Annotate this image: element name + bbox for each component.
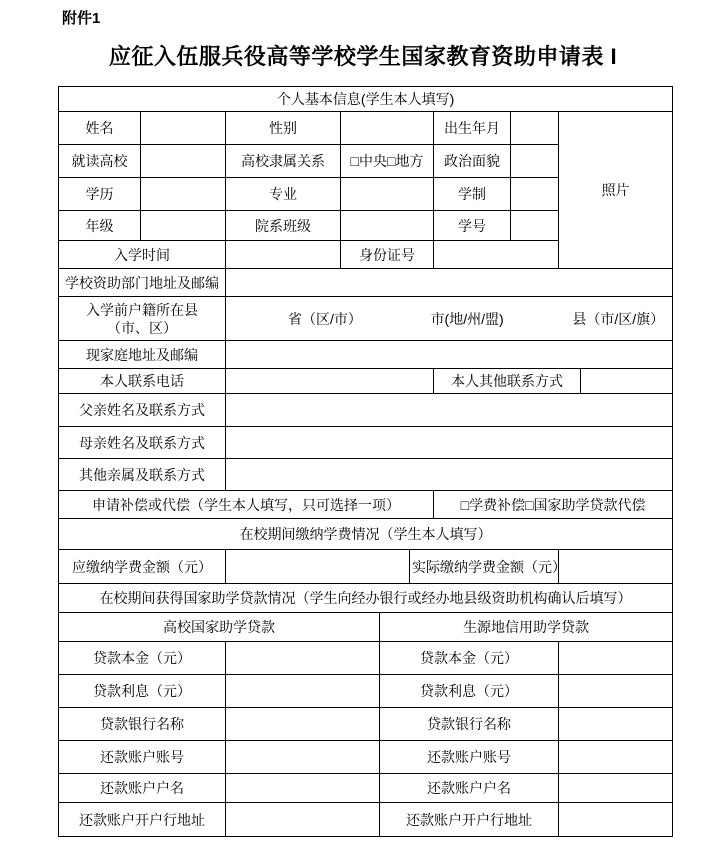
school-aid-address-value-cell[interactable] xyxy=(226,269,673,297)
tuition-paid-label: 实际缴纳学费金额（元） xyxy=(410,550,559,584)
origin-loan-header: 生源地信用助学贷款 xyxy=(380,613,673,642)
phone-label: 本人联系电话 xyxy=(59,369,226,394)
hukou-province-label: 省（区/市） xyxy=(288,309,362,329)
table-row: 姓名 性别 出生年月 照片 xyxy=(59,112,673,145)
grade-value-cell[interactable] xyxy=(141,211,226,241)
mother-contact-value-cell[interactable] xyxy=(226,427,673,459)
political-status-label: 政治面貌 xyxy=(434,145,511,178)
campus-repay-account-name-label: 还款账户户名 xyxy=(59,774,226,803)
other-contact-label: 本人其他联系方式 xyxy=(434,369,581,394)
major-label: 专业 xyxy=(226,178,341,211)
birth-date-value-cell[interactable] xyxy=(511,112,559,145)
campus-loan-interest-label: 贷款利息（元） xyxy=(59,675,226,708)
birth-date-label: 出生年月 xyxy=(434,112,511,145)
table-row: 学校资助部门地址及邮编 xyxy=(59,269,673,297)
major-value-cell[interactable] xyxy=(341,178,434,211)
table-row: 本人联系电话 本人其他联系方式 xyxy=(59,369,673,394)
hukou-value-cell[interactable]: 省（区/市） 市(地/州/盟) 县（市/区/旗） xyxy=(226,297,673,341)
id-number-label: 身份证号 xyxy=(341,241,434,269)
campus-repay-account-number-label: 还款账户账号 xyxy=(59,741,226,774)
hukou-county-label: 入学前户籍所在县 （市、区） xyxy=(59,297,226,341)
section-tuition-row: 在校期间缴纳学费情况（学生本人填写） xyxy=(59,519,673,550)
campus-loan-bank-label: 贷款银行名称 xyxy=(59,708,226,741)
tuition-payable-label: 应缴纳学费金额（元） xyxy=(59,550,226,584)
photo-cell: 照片 xyxy=(559,112,673,269)
origin-loan-bank-value-cell[interactable] xyxy=(559,708,673,741)
home-address-value-cell[interactable] xyxy=(226,341,673,369)
origin-loan-bank-label: 贷款银行名称 xyxy=(380,708,559,741)
tuition-paid-value-cell[interactable] xyxy=(559,550,673,584)
class-label: 院系班级 xyxy=(226,211,341,241)
hukou-city-label: 市(地/州/盟) xyxy=(431,309,504,329)
document-page: 附件1 应征入伍服兵役高等学校学生国家教育资助申请表 I 个人基本信息(学生本人… xyxy=(0,0,726,841)
enroll-date-value-cell[interactable] xyxy=(226,241,341,269)
campus-repay-account-name-value-cell[interactable] xyxy=(226,774,380,803)
hukou-county-label-line1: 入学前户籍所在县 xyxy=(61,301,223,319)
other-contact-value-cell[interactable] xyxy=(581,369,673,394)
origin-repay-account-number-label: 还款账户账号 xyxy=(380,741,559,774)
gender-value-cell[interactable] xyxy=(341,112,434,145)
section-basic-info-header: 个人基本信息(学生本人填写) xyxy=(59,87,673,112)
table-row: 高校国家助学贷款 生源地信用助学贷款 xyxy=(59,613,673,642)
application-form-table: 个人基本信息(学生本人填写) 姓名 性别 出生年月 照片 就读高校 高校隶属关系… xyxy=(58,86,673,837)
name-value-cell[interactable] xyxy=(141,112,226,145)
mother-contact-label: 母亲姓名及联系方式 xyxy=(59,427,226,459)
origin-repay-account-name-label: 还款账户户名 xyxy=(380,774,559,803)
compensation-choice-checkboxes[interactable]: □学费补偿□国家助学贷款代偿 xyxy=(434,491,673,519)
tuition-payable-value-cell[interactable] xyxy=(226,550,410,584)
compensation-choice-label: 申请补偿或代偿（学生本人填写，只可选择一项） xyxy=(59,491,434,519)
affiliation-label: 高校隶属关系 xyxy=(226,145,341,178)
section-tuition-header: 在校期间缴纳学费情况（学生本人填写） xyxy=(59,519,673,550)
table-row: 父亲姓名及联系方式 xyxy=(59,394,673,427)
section-loan-header: 在校期间获得国家助学贷款情况（学生向经办银行或经办地县级资助机构确认后填写） xyxy=(59,584,673,613)
origin-loan-principal-label: 贷款本金（元） xyxy=(380,642,559,675)
table-row: 贷款本金（元） 贷款本金（元） xyxy=(59,642,673,675)
table-row: 还款账户户名 还款账户户名 xyxy=(59,774,673,803)
origin-repay-account-number-value-cell[interactable] xyxy=(559,741,673,774)
origin-repay-account-name-value-cell[interactable] xyxy=(559,774,673,803)
campus-loan-header: 高校国家助学贷款 xyxy=(59,613,380,642)
origin-repay-bank-address-label: 还款账户开户行地址 xyxy=(380,803,559,837)
hukou-county-suffix-label: 县（市/区/旗） xyxy=(572,309,664,329)
form-title: 应征入伍服兵役高等学校学生国家教育资助申请表 I xyxy=(0,44,726,70)
campus-repay-account-number-value-cell[interactable] xyxy=(226,741,380,774)
origin-repay-bank-address-value-cell[interactable] xyxy=(559,803,673,837)
table-row: 现家庭地址及邮编 xyxy=(59,341,673,369)
origin-loan-interest-value-cell[interactable] xyxy=(559,675,673,708)
section-loan-row: 在校期间获得国家助学贷款情况（学生向经办银行或经办地县级资助机构确认后填写） xyxy=(59,584,673,613)
duration-value-cell[interactable] xyxy=(511,178,559,211)
student-id-label: 学号 xyxy=(434,211,511,241)
campus-loan-interest-value-cell[interactable] xyxy=(226,675,380,708)
political-status-value-cell[interactable] xyxy=(511,145,559,178)
campus-loan-bank-value-cell[interactable] xyxy=(226,708,380,741)
relative-contact-value-cell[interactable] xyxy=(226,459,673,491)
home-address-label: 现家庭地址及邮编 xyxy=(59,341,226,369)
duration-label: 学制 xyxy=(434,178,511,211)
degree-value-cell[interactable] xyxy=(141,178,226,211)
hukou-county-label-line2: （市、区） xyxy=(61,319,223,337)
university-label: 就读高校 xyxy=(59,145,141,178)
table-row: 还款账户开户行地址 还款账户开户行地址 xyxy=(59,803,673,837)
class-value-cell[interactable] xyxy=(341,211,434,241)
campus-repay-bank-address-label: 还款账户开户行地址 xyxy=(59,803,226,837)
affiliation-checkboxes[interactable]: □中央□地方 xyxy=(341,145,434,178)
attachment-label: 附件1 xyxy=(62,9,726,28)
degree-label: 学历 xyxy=(59,178,141,211)
table-row: 贷款银行名称 贷款银行名称 xyxy=(59,708,673,741)
enroll-date-label: 入学时间 xyxy=(59,241,226,269)
table-row: 其他亲属及联系方式 xyxy=(59,459,673,491)
origin-loan-principal-value-cell[interactable] xyxy=(559,642,673,675)
student-id-value-cell[interactable] xyxy=(511,211,559,241)
id-number-value-cell[interactable] xyxy=(434,241,559,269)
section-basic-info-row: 个人基本信息(学生本人填写) xyxy=(59,87,673,112)
table-row: 还款账户账号 还款账户账号 xyxy=(59,741,673,774)
campus-loan-principal-value-cell[interactable] xyxy=(226,642,380,675)
table-row: 入学前户籍所在县 （市、区） 省（区/市） 市(地/州/盟) 县（市/区/旗） xyxy=(59,297,673,341)
campus-loan-principal-label: 贷款本金（元） xyxy=(59,642,226,675)
relative-contact-label: 其他亲属及联系方式 xyxy=(59,459,226,491)
name-label: 姓名 xyxy=(59,112,141,145)
origin-loan-interest-label: 贷款利息（元） xyxy=(380,675,559,708)
phone-value-cell[interactable] xyxy=(226,369,434,394)
table-row: 母亲姓名及联系方式 xyxy=(59,427,673,459)
gender-label: 性别 xyxy=(226,112,341,145)
table-row: 贷款利息（元） 贷款利息（元） xyxy=(59,675,673,708)
father-contact-label: 父亲姓名及联系方式 xyxy=(59,394,226,427)
table-row: 应缴纳学费金额（元） 实际缴纳学费金额（元） xyxy=(59,550,673,584)
school-aid-address-label: 学校资助部门地址及邮编 xyxy=(59,269,226,297)
father-contact-value-cell[interactable] xyxy=(226,394,673,427)
campus-repay-bank-address-value-cell[interactable] xyxy=(226,803,380,837)
table-row: 申请补偿或代偿（学生本人填写，只可选择一项） □学费补偿□国家助学贷款代偿 xyxy=(59,491,673,519)
grade-label: 年级 xyxy=(59,211,141,241)
university-value-cell[interactable] xyxy=(141,145,226,178)
